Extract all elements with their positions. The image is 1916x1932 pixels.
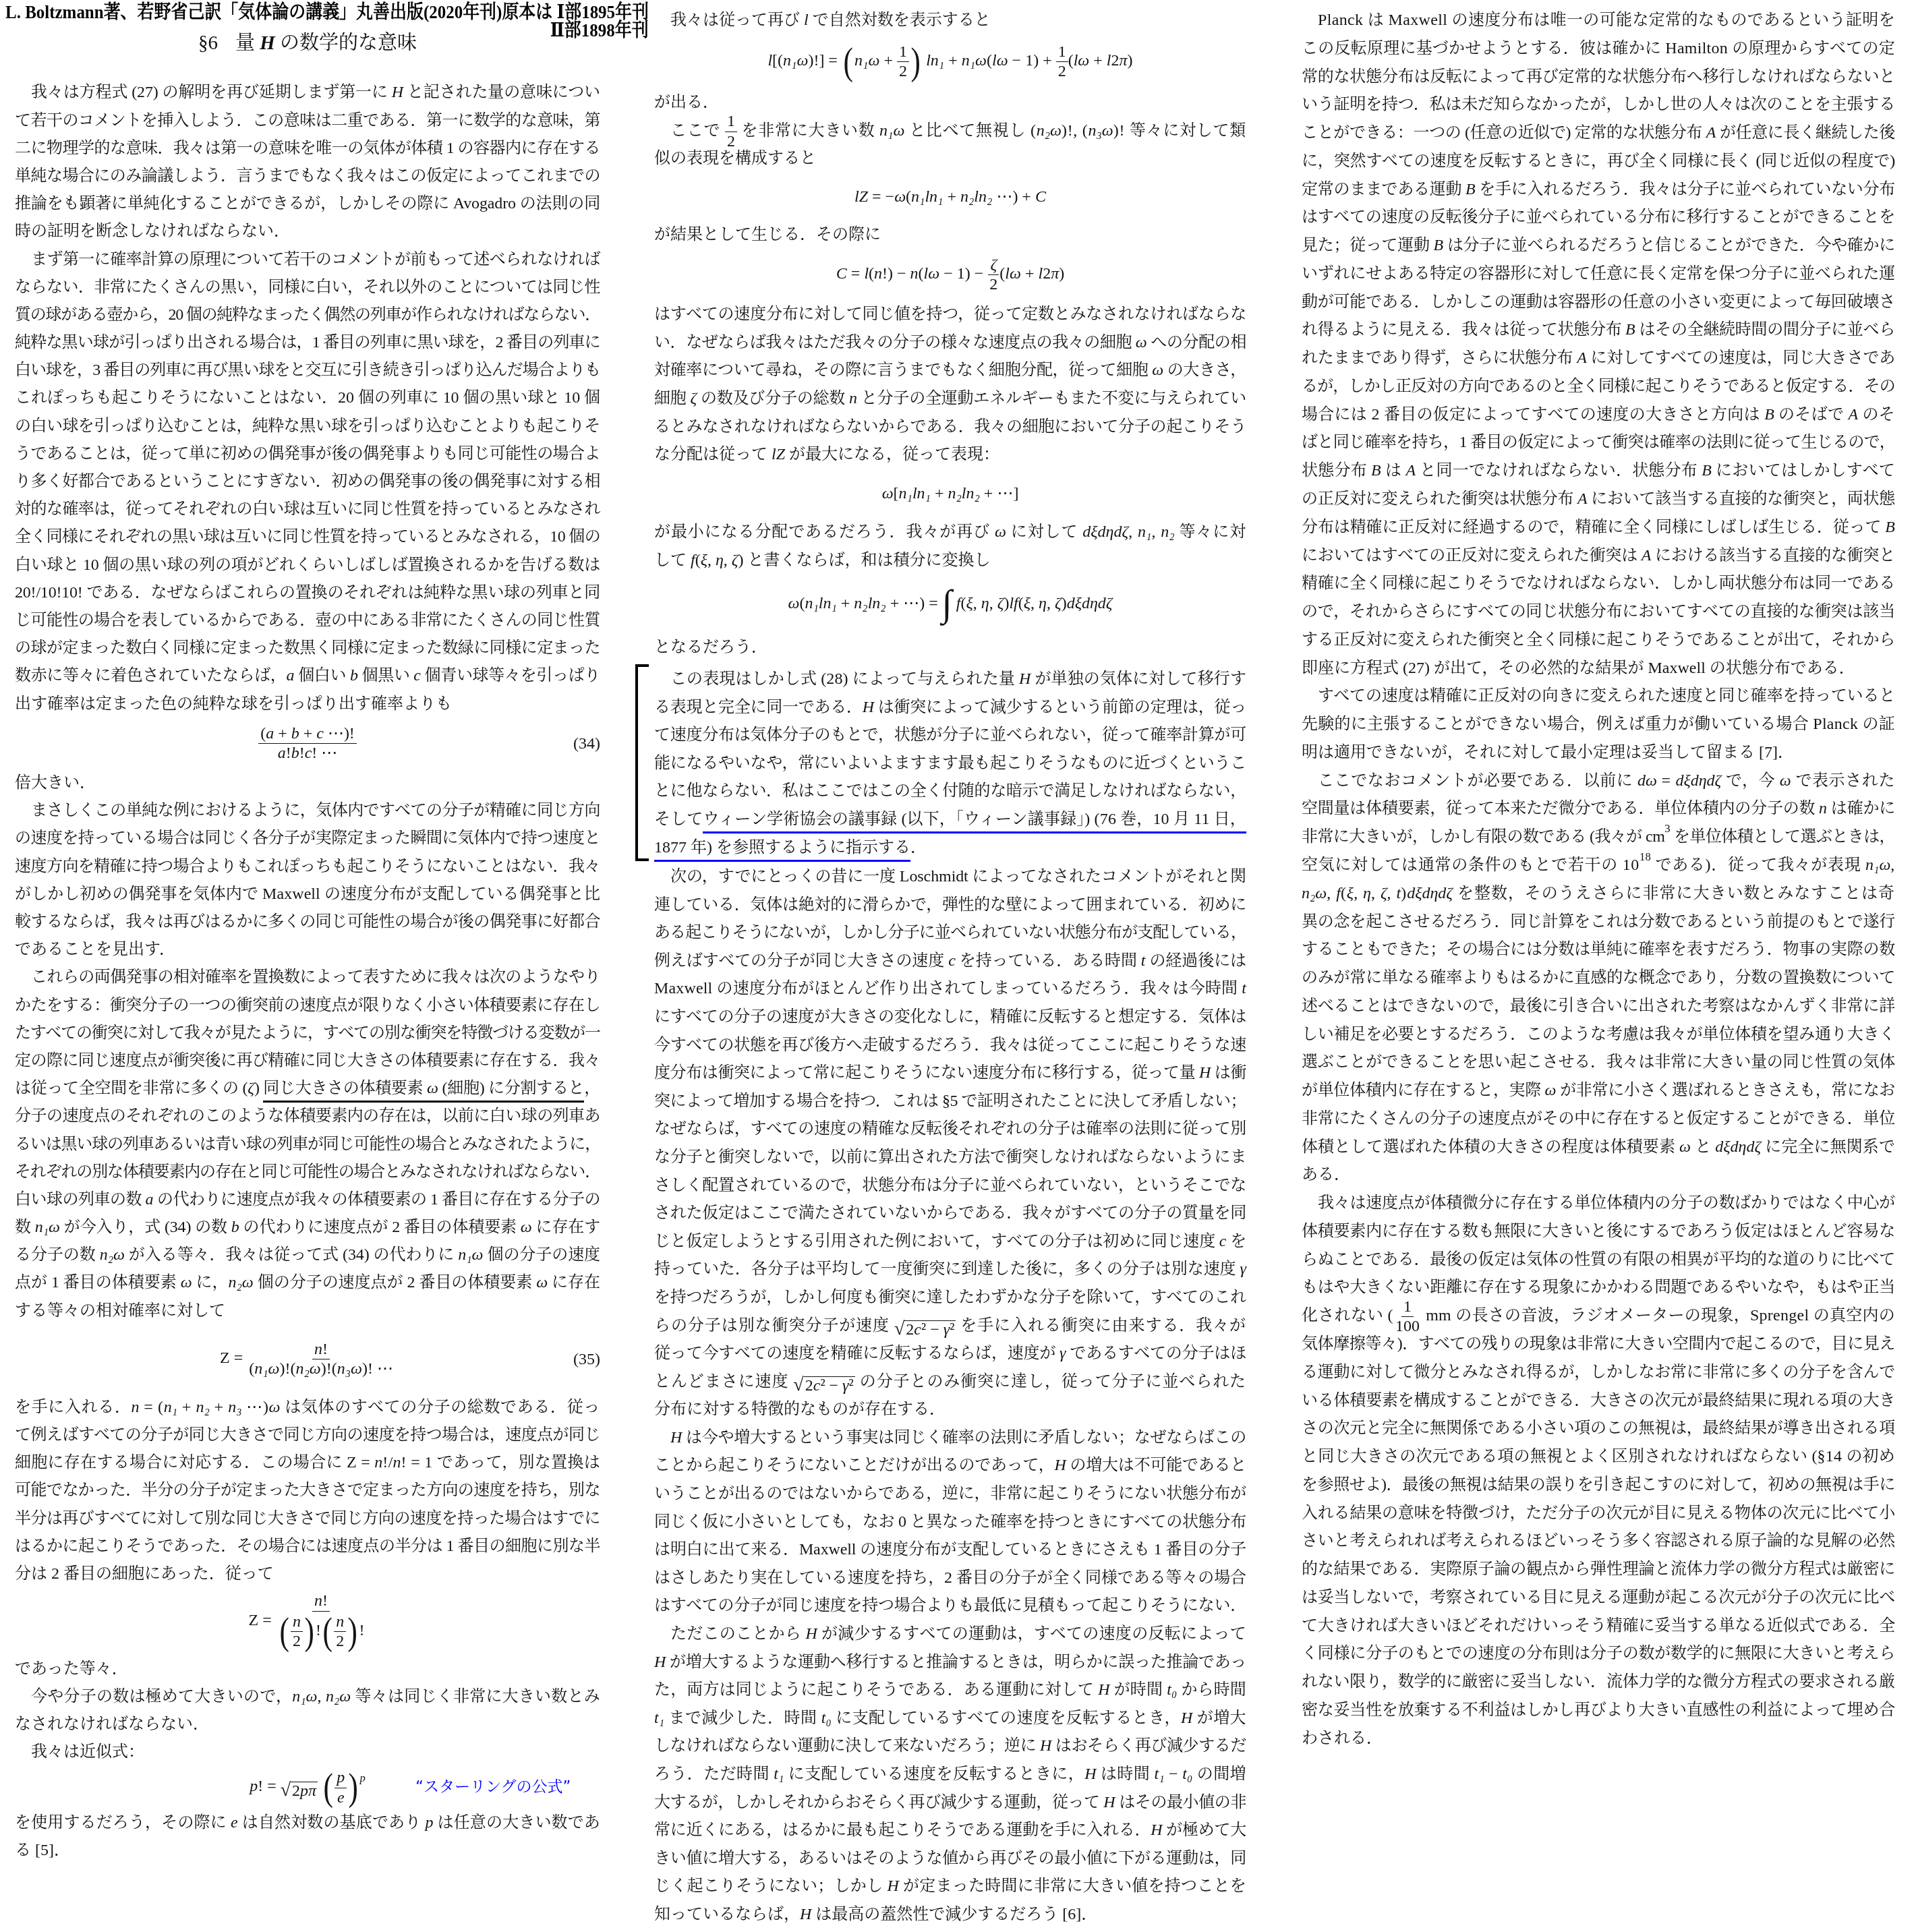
text-line: 的な結果である．実際原子論の観点から弾性理論と流体力学の微分方程式は厳密に bbox=[1302, 1556, 1895, 1584]
text-line-content: 単純な場合にのみ論議しよう．言うまでもなく我々はこの仮定によってこれまでの bbox=[15, 167, 600, 185]
text-line: る [5]． bbox=[15, 1837, 600, 1865]
text-line-content: t₁ まで減少した．時間 t₀ に支配しているすべての速度を反転するとき，H が… bbox=[654, 1709, 1246, 1727]
text-line: 細胞 ζ の数及び分子の総数 n と分子の全運動エネルギーもまた不変に与えられて… bbox=[654, 385, 1246, 413]
text-line: となるだろう． bbox=[654, 634, 1246, 662]
equation-expression: C = l(n!) − n(lω − 1) − ζ2(lω + l2π) bbox=[836, 256, 1064, 294]
text-line-content: に，突然すべての速度を反転するときに，再び全く同様に長く (同じ近似の程度で) bbox=[1302, 152, 1895, 170]
denominator: (n2)!(n2)! bbox=[276, 1612, 367, 1651]
math-variable: ω bbox=[1679, 1138, 1691, 1156]
math-variable: n₁ω bbox=[458, 1246, 483, 1264]
math-variable: l bbox=[804, 11, 809, 29]
text-line-content: 体積要素内に存在する数も無限に大きいと後にするであろう仮定はほとんど容易な bbox=[1302, 1223, 1895, 1240]
text-line-content: 次の，すでにとっくの昔に一度 Loschmidt によってなされたコメントがそれ… bbox=[670, 868, 1246, 885]
paragraph: が最小になる分配であるだろう．我々が再び ω に対して dξdηdζ, n₁, … bbox=[654, 519, 1246, 575]
paragraph: であった等々． bbox=[15, 1656, 600, 1683]
paragraph: を手に入れる．n = (n₁ + n₂ + n₃ ⋯)ω は気体のすべての分子の… bbox=[15, 1394, 600, 1588]
text-line-content: なされなければならない． bbox=[15, 1716, 209, 1733]
text-line-content: を参照せよ)．最後の無視は結果の誤りを引き起こすのに対して，初めの無視は手に bbox=[1302, 1476, 1895, 1494]
text-line: 時の証明を断念しなければならない． bbox=[15, 218, 600, 245]
math-variable: n₁ω bbox=[783, 52, 808, 69]
text-line: 較するならば，我々は再びはるかに多くの同じ可能性の場合が後の偶発事に好都合 bbox=[15, 908, 600, 936]
math-variable: H bbox=[863, 699, 874, 716]
paragraph: 我々は速度点が体積微分に存在する単位体積内の分子の数ばかりではなく中心が体積要素… bbox=[1302, 1190, 1895, 1753]
text-line-content: 較するならば，我々は再びはるかに多くの同じ可能性の場合が後の偶発事に好都合 bbox=[15, 913, 600, 931]
math-variable: ω bbox=[181, 1274, 192, 1291]
text-line-content: が最小になる分配であるだろう．我々が再び ω に対して dξdηdζ, n₁, … bbox=[654, 523, 1246, 541]
text-line-content: して f(ξ, η, ζ) と書くならば，和は積分に変換し bbox=[654, 552, 991, 569]
text-line-content: この反転原理に基づかせようとする．彼は確かに Hamilton の原理からすべて… bbox=[1302, 40, 1895, 57]
text-line-content: 連している．気体は絶対的に滑らかで，弾性的な壁によって囲まれている．初めに bbox=[654, 896, 1246, 914]
text-line: て大きければ大きいほどそれだけいっそう精確に妥当する単なる近似式である．全 bbox=[1302, 1612, 1895, 1641]
text-line: 密な妥当性を放棄する不利益はしかし再びより大きい直感性の利益によって埋め合 bbox=[1302, 1697, 1895, 1725]
text-line-content: もはや大きくない距離に存在する現象にかかわる問題であるやいなや，もはや正当 bbox=[1302, 1279, 1895, 1296]
denominator: a!b!c! ⋯ bbox=[276, 744, 340, 762]
text-line-content: さいと考えられれば考えられるほどいっそう多く容認される原子論的な見解の必然 bbox=[1302, 1532, 1895, 1550]
text-line-content: 分布は精確に正反対に経過するので，精確に全く同様にしばしば生じる．従って B bbox=[1302, 519, 1895, 536]
math-variable: ω bbox=[427, 1080, 438, 1097]
text-line-content: 半分は再びすべてに対して別な同じ大きさで同じ方向の速度を持った場合はすでに bbox=[15, 1510, 600, 1527]
text-line-content: 可能でなかった．半分の分子が定まった大きさで定まった方向の速度を持ち，別な bbox=[15, 1482, 600, 1499]
math-variable: p bbox=[337, 1769, 345, 1786]
math-variable: b bbox=[291, 744, 299, 762]
text-line-content: 推論をも顕著に単純化することができるが，しかしその際に Avogadro の法則… bbox=[15, 195, 600, 212]
math-variable: ζ bbox=[997, 595, 1004, 612]
text-line-content: しい補足を必要とするだろう．このような考慮は我々が単位体積を望み通り大きく bbox=[1302, 1026, 1895, 1043]
equation-minimized-expression: ω[n₁ln₁ + n₂ln₂ + ⋯] bbox=[654, 469, 1246, 519]
denominator: 2 bbox=[1056, 62, 1068, 80]
text-line-content: 数 n₁ω が今入り，式 (34) の数 b の代わりに速度点が 2 番目の体積… bbox=[15, 1219, 600, 1236]
text-line: 分は 2 番目の細胞にあった．従って bbox=[15, 1560, 600, 1588]
right-paren: ) bbox=[349, 1768, 358, 1807]
text-line-content: る表現と完全に同一である．H は衝突によって減少するという前節の定理は，従っ bbox=[654, 699, 1246, 716]
math-variable: B bbox=[1625, 321, 1635, 339]
text-line-content: 精確に全く同様に起こりそうでなければならない．しかし両状態分布は同一である bbox=[1302, 575, 1895, 592]
text-line: 異の念を起こさせるだろう．同じ計算をこれは分数であるという前提のもとで遂行 bbox=[1302, 908, 1895, 937]
text-line-content: Planck は Maxwell の速度分布は唯一の可能な定常的なものであるとい… bbox=[1318, 11, 1895, 29]
math-variable: t₁ bbox=[654, 1709, 664, 1727]
math-variable: c bbox=[316, 725, 324, 742]
text-line: さいと考えられれば考えられるほどいっそう多く容認される原子論的な見解の必然 bbox=[1302, 1527, 1895, 1556]
text-line: が出る． bbox=[654, 89, 1246, 117]
text-line-content: 同じく仮に小さいとしても，なお 0 と異なった確率を持つときにすべての状態分布 bbox=[654, 1513, 1246, 1531]
math-variable: A bbox=[1577, 490, 1588, 508]
text-line-content: の白い球を引っぱり込むことは，純粋な黒い球を引っぱり込むことよりも起こりそ bbox=[15, 417, 600, 435]
math-variable: a bbox=[266, 725, 274, 742]
text-line: とんどまさに速度 √2c² − γ² の分子とのみ衝突に達し，従って分子に並べら… bbox=[654, 1368, 1246, 1397]
text-line: に，突然すべての速度を反転するときに，再び全く同様に長く (同じ近似の程度で) bbox=[1302, 148, 1895, 176]
text-line: 大するが，しかしそれからおそらく再び減少する運動，従って H はその最小値の非 bbox=[654, 1789, 1246, 1817]
text-line-content: て例えばすべての分子が同じ大きさで同じ方向の速度を持つ場合は，速度点が同じ bbox=[15, 1426, 600, 1444]
math-variable: c bbox=[1219, 1233, 1227, 1250]
superscript: 18 bbox=[1639, 850, 1651, 863]
text-line-content: が出る． bbox=[654, 94, 719, 111]
text-line: 化されない (1100 mm の長さの音波，ラジオメーターの現象，Sprenge… bbox=[1302, 1302, 1895, 1330]
text-line-content: する正反対に変えられた衝突と全く同様に起こりそうであることが出て，それから bbox=[1302, 631, 1895, 649]
math-variable: p bbox=[425, 1814, 433, 1832]
text-line-content: るいは黒い球の列車あるいは青い球の列車が同じ可能性の場合とみなされたように， bbox=[15, 1136, 600, 1153]
denominator: e bbox=[335, 1788, 347, 1807]
paragraph: まさしくこの単純な例におけるように，気体内ですべての分子が精確に同じ方向の速度を… bbox=[15, 797, 600, 964]
math-variable: t₁ bbox=[1155, 1765, 1165, 1783]
math-variable: H bbox=[1151, 1821, 1162, 1839]
math-variable: p bbox=[359, 1772, 365, 1784]
text-line-content: ここでなおコメントが必要である．以前に dω = dξdηdζ で，今 ω で表… bbox=[1318, 772, 1895, 790]
text-line-content: ので，それからさらにすべての同じ状態分布においてすべての直接的な衝突は該当 bbox=[1302, 603, 1895, 620]
text-line: いうことが出るのではないからである，逆に，非常に起こりそうにない状態分布が bbox=[654, 1480, 1246, 1509]
paragraph: 我々は方程式 (27) の解明を再び延期しまず第一に H と記された量の意味につ… bbox=[15, 79, 600, 245]
text-line: ただこのことから H が減少するすべての運動は，すべての速度の反転によって bbox=[654, 1620, 1246, 1649]
text-line-content: H が増大するような運動へ移行すると推論するときは，明らかに誤った推論であっ bbox=[654, 1653, 1246, 1671]
text-line-content: るとみなされなければならないからである．我々の細胞において分子の起こりそう bbox=[654, 418, 1246, 436]
section-number: §6 bbox=[198, 32, 218, 54]
section-title-suffix: の数学的な意味 bbox=[280, 32, 417, 54]
math-variable: n bbox=[293, 1613, 301, 1631]
text-line: い．なぜならば我々はただ我々の分子の様々な速度点の我々の細胞 ω への分配の相 bbox=[654, 329, 1246, 357]
radicand: 2pπ bbox=[291, 1782, 318, 1800]
math-variable: n₂ln₂ bbox=[854, 595, 886, 612]
text-line-content: H は今や増大するという事実は同じく確率の法則に矛盾しない；なぜならばこの bbox=[670, 1429, 1246, 1446]
section-title-variable: H bbox=[260, 32, 275, 54]
text-line-content: さしく配置されているので，状態分布は分子に並べられていない，というそこでな bbox=[654, 1177, 1246, 1194]
fraction: n!(n₁ω)!(n₂ω)!(n₃ω)! ⋯ bbox=[247, 1341, 395, 1378]
math-variable: t bbox=[1141, 952, 1146, 970]
text-line: H は今や増大するという事実は同じく確率の法則に矛盾しない；なぜならばこの bbox=[654, 1424, 1246, 1453]
text-line-content: が単位体積内に存在すると，実際 ω が非常に小さく選ばれるときさえも，常になお bbox=[1302, 1082, 1895, 1099]
math-variable: pπ bbox=[300, 1782, 316, 1800]
text-line: らぬことである．最後の仮定は気体の性質の有限の相異が平均的な道のりに比べて bbox=[1302, 1246, 1895, 1275]
text-line: て若干のコメントを挿入しよう．この意味は二重である．第一に数学的な意味，第 bbox=[15, 107, 600, 135]
math-variable: f bbox=[956, 595, 961, 612]
text-line: Planck は Maxwell の速度分布は唯一の可能な定常的なものであるとい… bbox=[1302, 7, 1895, 35]
text-line-content: うであることは，従って単に初めの偶発事が後の偶発事よりも同じ可能性の場合よ bbox=[15, 445, 600, 463]
text-line: ろう．ただ時間 t₁ に支配している速度を反転するときに，H は時間 t₁ − … bbox=[654, 1761, 1246, 1789]
text-line-content: 常的な状態分布は反転によって再び定常的な状態分布へ移行しなければならないと bbox=[1302, 68, 1895, 86]
math-variable: H bbox=[1019, 670, 1030, 688]
text-line-content: わされる． bbox=[1302, 1730, 1383, 1747]
math-variable: ω bbox=[1780, 772, 1791, 790]
text-line-content: まさしくこの単純な例におけるように，気体内ですべての分子が精確に同じ方向 bbox=[31, 802, 600, 819]
math-variable: a bbox=[146, 1191, 154, 1208]
text-line: 分子の速度点のそれぞれのこのような体積要素内の存在は，以前に白い球の列車あ bbox=[15, 1103, 600, 1130]
text-line: ならない．非常にたくさんの黒い，同様に白い，それ以外のことについては同じ性 bbox=[15, 274, 600, 301]
math-variable: A bbox=[1706, 124, 1716, 142]
text-line-content: 異の念を起こさせるだろう．同じ計算をこれは分数であるという前提のもとで遂行 bbox=[1302, 913, 1895, 931]
text-line-content: 突によって増加する場合を持つ．これは §5 で証明されたことに決して矛盾しない； bbox=[654, 1092, 1246, 1110]
text-line-content: る [5]． bbox=[15, 1842, 70, 1859]
text-line: り多く好都合であるということにすぎない．初めの偶発事の後の偶発事に対する相 bbox=[15, 468, 600, 496]
equation-log-z: lZ = −ω(n₁ln₁ + n₂ln₂ ⋯) + C bbox=[654, 173, 1246, 221]
text-line: 純粋な黒い球が引っぱり出される場合は，1 番目の列車に黒い球を，2 番目の列車に bbox=[15, 329, 600, 357]
text-line: はすべての分子が同じ速度を持つ場合よりも最低に見積もって起こりそうにない． bbox=[654, 1592, 1246, 1620]
equation-34: (a + b + c ⋯)!a!b!c! ⋯ (34) bbox=[15, 718, 600, 769]
text-line-content: はすべての速度分布に対して同じ値を持つ，従って定数とみなされなければならな bbox=[654, 305, 1246, 323]
text-line: 対確率について尋ね，その際に言うまでもなく細胞分配，従って細胞 ω の大きさ， bbox=[654, 357, 1246, 385]
equation-number: (34) bbox=[573, 734, 600, 753]
text-line: 明は適用できないが，それに対して最小定理は妥当して留まる [7]． bbox=[1302, 739, 1895, 767]
text-line: れたままであり得ず，さらに状態分布 A に対してすべての速度は，同じ大きさであ bbox=[1302, 345, 1895, 373]
math-variable: C bbox=[836, 265, 847, 283]
math-variable: H bbox=[888, 1877, 899, 1895]
text-line: うであることは，従って単に初めの偶発事が後の偶発事よりも同じ可能性の場合よ bbox=[15, 440, 600, 468]
text-line-content: しなければならない運動に決して来ないだろう；逆に H はおそらく再び減少するだ bbox=[654, 1737, 1246, 1755]
text-line-content: るが，しかし正反対の方向であるのと全く同様に起こりそうであると仮定する．その bbox=[1302, 378, 1895, 395]
denominator: 2 bbox=[897, 62, 909, 80]
text-line: ことから起こりそうにないことだけが出るのであって，H の増大は不可能であると bbox=[654, 1452, 1246, 1480]
text-line: はすべての速度の反転後分子に並べられている分布に移行することができることを bbox=[1302, 204, 1895, 232]
equation-expression: p! = √2pπ (pe)p bbox=[250, 1768, 366, 1807]
text-line: はさしあたり実在している速度を持ち，2 番目の分子が全く同様である等々の場合 bbox=[654, 1564, 1246, 1593]
text-line: 今すべての状態を再び後方へ走破するだろう．我々は従ってここに起こりそうな速 bbox=[654, 1032, 1246, 1060]
text-line: は従って全空間を非常に多くの (ζ) 同じ大きさの体積要素 ω (細胞) に分割… bbox=[15, 1075, 600, 1103]
text-line: じと仮定しようとする引用された例において，すべての分子は初めに同じ速度 c を bbox=[654, 1228, 1246, 1256]
text-line: 数赤に等々に着色されていたならば，a 個白い b 個黒い c 個青い球等々を引っ… bbox=[15, 662, 600, 690]
paragraph: ここでなおコメントが必要である．以前に dω = dξdηdζ で，今 ω で表… bbox=[1302, 767, 1895, 1190]
text-line-content: ただこのことから H が減少するすべての運動は，すべての速度の反転によって bbox=[670, 1625, 1246, 1643]
text-line: さの次元と完全に無関係である小さい項のこの無視は，最終結果が導き出される項 bbox=[1302, 1415, 1895, 1443]
radical-sign: √ bbox=[281, 1781, 291, 1800]
math-variable: a bbox=[278, 744, 286, 762]
math-variable: γ bbox=[1240, 1260, 1246, 1278]
text-line-content: はすべての速度の反転後分子に並べられている分布に移行することができることを bbox=[1302, 208, 1895, 226]
text-line-content: 入れる結果の意味を特徴づけ，ただ分子の次元が目に見える物体の次元に比べて小 bbox=[1302, 1504, 1895, 1522]
equation-expression: (a + b + c ⋯)!a!b!c! ⋯ bbox=[258, 725, 357, 763]
text-line-content: かたをする：衝突分子の一つの衝突前の速度点が限りなく小さい体積要素に存在し bbox=[15, 997, 600, 1014]
math-variable: e bbox=[337, 1789, 345, 1807]
text-line: 知っているならば，H は最高の蓋然性で減少するだろう [6]． bbox=[654, 1901, 1246, 1929]
text-line-content: とんどまさに速度 √2c² − γ² の分子とのみ衝突に達し，従って分子に並べら… bbox=[654, 1373, 1246, 1391]
numerator: 1 bbox=[725, 113, 737, 131]
equation-expression: ω[n₁ln₁ + n₂ln₂ + ⋯] bbox=[882, 484, 1019, 504]
text-line-content: であることを見出す． bbox=[15, 941, 175, 958]
numerator: 1 bbox=[1056, 43, 1068, 62]
math-variable: dξdηdζ bbox=[1082, 523, 1128, 541]
math-variable: γ bbox=[944, 1321, 950, 1339]
equation-stirling: p! = √2pπ (pe)p “スターリングの公式” bbox=[15, 1767, 600, 1809]
text-line: いずれにせよある特定の容器形に対して任意に長く定常を保つ分子に並べられた運 bbox=[1302, 260, 1895, 289]
math-variable: B bbox=[1885, 519, 1895, 536]
math-variable: n₁ω bbox=[962, 52, 987, 69]
text-line: て速度分布は気体分子のもとで，状態が分子に並べられない，従って確率計算が可 bbox=[654, 722, 1246, 750]
paragraph: Planck は Maxwell の速度分布は唯一の可能な定常的なものであるとい… bbox=[1302, 7, 1895, 682]
text-line: 能になるやいなや，常にいよいよますます最も起こりそうなものに近づくというこ bbox=[654, 750, 1246, 778]
text-line-content: 場合には 2 番目の仮定によってすべての速度の大きさと方向は B のそばで A … bbox=[1302, 406, 1895, 423]
text-line: 次の，すでにとっくの昔に一度 Loschmidt によってなされたコメントがそれ… bbox=[654, 863, 1246, 891]
text-line-content: 分布に対する特徴的なものが存在する． bbox=[654, 1401, 946, 1418]
math-variable: A bbox=[1848, 406, 1858, 423]
text-line: ここで 12 を非常に大きい数 n₁ω と比べて無視し (n₂ω)!, (n₃ω… bbox=[654, 117, 1246, 146]
math-variable: B bbox=[1702, 462, 1712, 479]
math-variable: n₁ω bbox=[879, 122, 904, 140]
text-line-content: が結果として生じる．その際に bbox=[654, 226, 881, 243]
group-content: n₁ω + 12 bbox=[854, 43, 909, 81]
right-paren: ) bbox=[304, 1612, 314, 1651]
math-variable: lZ bbox=[772, 446, 785, 463]
text-line-content: これらの両偶発事の相対確率を置換数によって表すために我々は次のようなやり bbox=[31, 968, 600, 986]
text-line: と同じ大きさの次元である項の無視とよく区別されなければならない (§14 の初め bbox=[1302, 1443, 1895, 1471]
text-line: t₁ まで減少した．時間 t₀ に支配しているすべての速度を反転するとき，H が… bbox=[654, 1705, 1246, 1733]
text-line: する等々の相対確率に対して bbox=[15, 1297, 600, 1325]
text-line-content: て速度分布は気体分子のもとで，状態が分子に並べられない，従って確率計算が可 bbox=[654, 726, 1246, 744]
numerator: n! bbox=[312, 1341, 330, 1359]
text-line: 似の表現を構成すると bbox=[654, 145, 1246, 173]
paragraph: これらの両偶発事の相対確率を置換数によって表すために我々は次のようなやりかたをす… bbox=[15, 964, 600, 1324]
math-variable: n₁ bbox=[164, 1399, 177, 1416]
text-line: それぞれの別な体積要素内の存在と同じ可能性の場合とみなされなければならない． bbox=[15, 1159, 600, 1186]
text-line-content: はるかに起こりそうであった．その場合には速度点の半分は 1 番目の細胞に別な半 bbox=[15, 1538, 600, 1555]
text-line: ばと同じ確率を持ち，1 番目の仮定によって衝突は確率の法則に従って生じるので， bbox=[1302, 429, 1895, 457]
text-line-content: 常に近くにある，はるかに最も起こりそうである運動を手に入れる．H が極めて大 bbox=[654, 1821, 1246, 1839]
denominator: 2 bbox=[334, 1632, 346, 1650]
section-title-prefix: 量 bbox=[235, 32, 255, 54]
text-line: じ可能性の場合を表しているからである．壺の中にある非常にたくさんの同じ性質 bbox=[15, 607, 600, 635]
math-variable: H bbox=[1103, 1794, 1115, 1811]
math-variable: H bbox=[1199, 1064, 1211, 1082]
text-line-content: の球が定まった数白く同様に定まった数黒く同様に定まった数緑に同様に定まった bbox=[15, 639, 600, 657]
text-line-content: 細胞に存在する場合に対応する．この場合に Z = n!/n! = 1 であって，… bbox=[15, 1454, 600, 1471]
text-line-content: ある起こりそうにないが，しかし分子に並べられていない状態分布が支配している， bbox=[654, 924, 1246, 941]
text-line: は明白に出て来る．Maxwell の速度分布が支配しているときにさえも 1 番目… bbox=[654, 1536, 1246, 1564]
square-root: √2c² − γ² bbox=[793, 1376, 854, 1395]
math-variable: b bbox=[231, 1219, 239, 1236]
text-line: が単位体積内に存在すると，実際 ω が非常に小さく選ばれるときさえも，常になお bbox=[1302, 1077, 1895, 1105]
equation-integral: ω(n₁ln₁ + n₂ln₂ + ⋯) = ∫ f(ξ, η, ζ)lf(ξ,… bbox=[654, 575, 1246, 634]
paragraph: まず第一に確率計算の原理について若干のコメントが前もって述べられなければならない… bbox=[15, 246, 600, 718]
text-line: が結果として生じる．その際に bbox=[654, 221, 1246, 250]
text-line: 分布は精確に正反対に経過するので，精確に全く同様にしばしば生じる．従って B bbox=[1302, 514, 1895, 542]
text-line-content: 即座に方程式 (27) が出て，その必然的な結果が Maxwell の状態分布で… bbox=[1302, 660, 1855, 677]
math-variable: H bbox=[654, 1653, 666, 1671]
text-line: じく起こりそうにない；しかし H が定まった時間に非常に大きい値を持つことを bbox=[654, 1873, 1246, 1901]
parenthesized-group: (pe) bbox=[322, 1768, 359, 1807]
text-line-content: は妥当しないで，考察されている目に見える運動が起こる次元が分子の次元に比べ bbox=[1302, 1589, 1895, 1606]
text-line: 常的な状態分布は反転によって再び定常的な状態分布へ移行しなければならないと bbox=[1302, 63, 1895, 92]
math-variable: A bbox=[1577, 349, 1587, 367]
math-variable: c bbox=[413, 667, 421, 684]
text-line-content: 二に物理学的な意味．我々は第一の意味を唯一の気体が体積 1 の容器内に存在する bbox=[15, 140, 600, 157]
text-line-content: とに他ならない．私はここではこの全く付随的な暗示で満足しなければならない， bbox=[654, 782, 1246, 800]
text-line-content: 大するが，しかしそれからおそらく再び減少する運動，従って H はその最小値の非 bbox=[654, 1794, 1246, 1811]
text-line-content: はすべての分子が同じ速度を持つ場合よりも最低に見積もって起こりそうにない． bbox=[654, 1597, 1246, 1614]
math-variable: H bbox=[805, 1625, 817, 1643]
text-line-content: 1877 年) を参照するように指示する． bbox=[654, 839, 927, 862]
text-line: もはや大きくない距離に存在する現象にかかわる問題であるやいなや，もはや正当 bbox=[1302, 1274, 1895, 1302]
paragraph: が出る． bbox=[654, 89, 1246, 117]
text-line-content: 質の球がある壺から，20 個の純粋なまったく偶然の列車が作られなければならない． bbox=[15, 306, 600, 324]
text-line: 従って今すべての速度を精確に反転するならば，速度が γ であるすべての分子はほ bbox=[654, 1340, 1246, 1368]
text-line-content: る運動に対して微分とみなされ得るが，しかしなお常に非常に多くの分子を含んで bbox=[1302, 1364, 1895, 1381]
text-line-content: がしかし初めの偶発事を気体内で Maxwell の速度分布が支配している偶発事と… bbox=[15, 885, 600, 903]
text-line-content: 持っていた．各分子は平均して一度衝突に到達した後に，多くの分子は別な速度 γ bbox=[654, 1260, 1246, 1278]
text-line: らの分子は別な衝突分子が速度 √2c² − γ² を手に入れる衝突に由来する．我… bbox=[654, 1312, 1246, 1341]
math-variable: l bbox=[1107, 52, 1111, 69]
math-variable: t₁ bbox=[774, 1765, 784, 1783]
text-line-content: 出す確率は定まった色の純粋な球を引っぱり出す確率よりも bbox=[15, 695, 452, 713]
text-line-content: のみが常に単なる確率よりもはるかに直感的な概念であり，分数の置換数について bbox=[1302, 969, 1895, 987]
group-content: n2 bbox=[291, 1613, 303, 1651]
equation-expression: l[(n₁ω)!] = (n₁ω + 12) ln₁ + n₁ω(lω − 1)… bbox=[767, 42, 1132, 82]
math-variable: lω bbox=[1005, 265, 1021, 283]
math-variable: n bbox=[393, 1454, 401, 1471]
text-line-content: い．なぜならば我々はただ我々の分子の様々な速度点の我々の細胞 ω への分配の相 bbox=[654, 334, 1246, 351]
text-line: は妥当しないで，考察されている目に見える運動が起こる次元が分子の次元に比べ bbox=[1302, 1584, 1895, 1612]
text-line: る分子の数 n₂ω が入る等々．我々は従って式 (34) の代わりに n₁ω 個… bbox=[15, 1241, 600, 1269]
paragraph: ただこのことから H が減少するすべての運動は，すべての速度の反転によってH が… bbox=[654, 1620, 1246, 1929]
text-line: を使用するだろう，その際に e は自然対数の基底であり p は任意の大きい数であ bbox=[15, 1809, 600, 1837]
text-line: することもできた；その場合には分数は単純に確率を表すだろう．物事の実際の数 bbox=[1302, 936, 1895, 964]
math-variable: n₂ω bbox=[295, 1360, 320, 1378]
math-variable: n₃ bbox=[228, 1399, 241, 1416]
text-line: この反転原理に基づかせようとする．彼は確かに Hamilton の原理からすべて… bbox=[1302, 35, 1895, 63]
left-paren: ( bbox=[279, 1612, 289, 1651]
equation-half-split: Z = n!(n2)!(n2)! bbox=[15, 1588, 600, 1656]
text-line: かたをする：衝突分子の一つの衝突前の速度点が限りなく小さい体積要素に存在し bbox=[15, 992, 600, 1020]
equation-log-factorial: l[(n₁ω)!] = (n₁ω + 12) ln₁ + n₁ω(lω − 1)… bbox=[654, 35, 1246, 90]
math-variable: H bbox=[1098, 1681, 1109, 1699]
paragraph: となるだろう． bbox=[654, 634, 1246, 662]
math-variable: a bbox=[286, 667, 294, 684]
text-line-content: らぬことである．最後の仮定は気体の性質の有限の相異が平均的な道のりに比べて bbox=[1302, 1251, 1895, 1268]
group-content: n2 bbox=[334, 1613, 346, 1651]
math-variable: ω bbox=[536, 1274, 548, 1291]
text-line-content: 気体摩擦等々)．すべての残りの現象は非常に大きい空間内で起こるので，目に見え bbox=[1302, 1335, 1895, 1353]
paragraph: 今や分子の数は極めて大きいので，n₁ω, n₂ω 等々は同じく非常に大きい数とみ… bbox=[15, 1683, 600, 1738]
text-line-content: て大きければ大きいほどそれだけいっそう精確に妥当する単なる近似式である．全 bbox=[1302, 1617, 1895, 1635]
text-line: ある． bbox=[1302, 1161, 1895, 1190]
math-variable: n bbox=[910, 265, 919, 283]
math-variable: ω bbox=[1545, 1082, 1557, 1099]
text-line-content: 細胞 ζ の数及び分子の総数 n と分子の全運動エネルギーもまた不変に与えられて… bbox=[654, 390, 1246, 407]
text-line: 対的な確率は，従ってそれぞれの白い球は互いに同じ性質を持っているとみなされ bbox=[15, 496, 600, 523]
paragraph: 我々は近似式： bbox=[15, 1738, 600, 1766]
text-line-content: 数赤に等々に着色されていたならば，a 個白い b 個黒い c 個青い球等々を引っ… bbox=[15, 667, 600, 684]
equation-expression: lZ = −ω(n₁ln₁ + n₂ln₂ ⋯) + C bbox=[854, 187, 1046, 207]
text-line-content: 体積として選ばれた体積の大きさの程度は体積要素 ω と dξdηdζ に完全に無… bbox=[1302, 1138, 1895, 1156]
math-variable: f bbox=[1336, 885, 1341, 902]
numerator: n bbox=[334, 1613, 346, 1632]
text-line-content: 20!/10!10! である．なぜならばこれらの置換のそれぞれは純粋な黒い球の列… bbox=[15, 584, 600, 602]
math-variable: n₁ω bbox=[254, 1360, 279, 1378]
text-line-content: 今や分子の数は極めて大きいので，n₁ω, n₂ω 等々は同じく非常に大きい数とみ bbox=[31, 1688, 600, 1705]
text-line-content: ろう．ただ時間 t₁ に支配している速度を反転するときに，H は時間 t₁ − … bbox=[654, 1765, 1246, 1783]
text-line-content: そしてウィーン学術協会の議事録 (以下，「ウィーン議事録」) (76 巻，10 … bbox=[654, 811, 1246, 833]
text-line-content: 例えばすべての分子が同じ大きさの速度 c を持っている．ある時間 t の経過後に… bbox=[654, 952, 1246, 970]
numerator: n bbox=[291, 1613, 303, 1632]
equation-constant-c: C = l(n!) − n(lω − 1) − ζ2(lω + l2π) bbox=[654, 250, 1246, 301]
text-line-content: ここで 12 を非常に大きい数 n₁ω と比べて無視し (n₂ω)!, (n₃ω… bbox=[670, 122, 1246, 140]
math-variable: ω bbox=[269, 1399, 281, 1416]
math-variable: ω bbox=[1136, 334, 1147, 351]
fraction: n2 bbox=[291, 1613, 303, 1651]
text-line-content: n₂ω, f(ξ, η, ζ, t)dξdηdζ を整数，そのうえさらに非常に大… bbox=[1302, 885, 1895, 902]
text-line-content: する等々の相対確率に対して bbox=[15, 1302, 225, 1320]
text-line-content: 定常のままである運動 B を手に入れるだろう．我々は分子に並べられていない分布 bbox=[1302, 181, 1895, 198]
text-line-content: 非常に大きいが，しかし有限の数である (我々が cm3 を単位体積として選ぶとき… bbox=[1302, 828, 1895, 846]
text-line: を手に入れる．n = (n₁ + n₂ + n₃ ⋯)ω は気体のすべての分子の… bbox=[15, 1394, 600, 1422]
math-variable: n₂ω bbox=[1037, 122, 1062, 140]
text-line: して f(ξ, η, ζ) と書くならば，和は積分に変換し bbox=[654, 547, 1246, 575]
left-paren: ( bbox=[323, 1768, 332, 1807]
equation-expression: ω(n₁ln₁ + n₂ln₂ + ⋯) = ∫ f(ξ, η, ζ)lf(ξ,… bbox=[788, 586, 1112, 623]
superscript: 3 bbox=[1664, 822, 1670, 835]
text-line-content: することもできた；その場合には分数は単純に確率を表すだろう．物事の実際の数 bbox=[1302, 941, 1895, 958]
text-line: 体積要素内に存在する数も無限に大きいと後にするであろう仮定はほとんど容易な bbox=[1302, 1218, 1895, 1246]
math-variable: n₁ln₁ bbox=[911, 188, 943, 206]
underlined-text: 同じ大きさの体積要素 ω (細胞) に分割すると bbox=[263, 1080, 584, 1103]
left-paren: ( bbox=[843, 42, 852, 82]
math-variable: η bbox=[716, 552, 724, 569]
text-line: 我々は近似式： bbox=[15, 1738, 600, 1766]
text-line: 出す確率は定まった色の純粋な球を引っぱり出す確率よりも bbox=[15, 691, 600, 718]
